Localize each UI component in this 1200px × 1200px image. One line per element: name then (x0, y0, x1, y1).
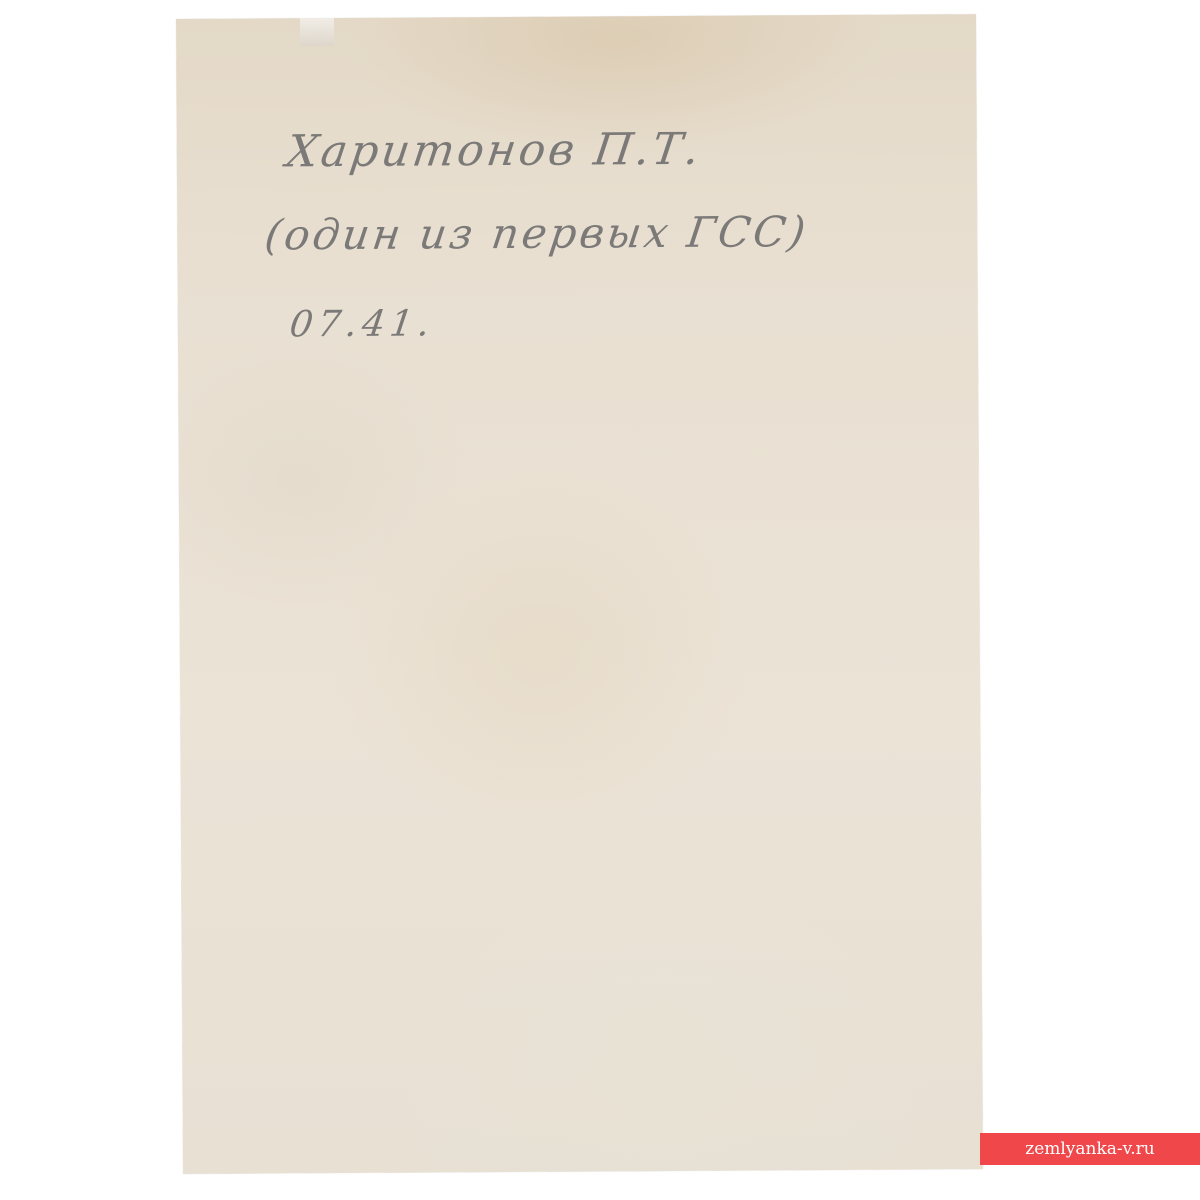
paper-scuff-mark (300, 18, 334, 46)
photo-back-paper: Харитонов П.Т. (один из первых ГСС) 07.4… (176, 14, 983, 1174)
handwritten-name: Харитонов П.Т. (283, 124, 705, 178)
handwritten-date: 07.41. (287, 303, 437, 345)
handwritten-note: (один из первых ГСС) (262, 207, 811, 259)
site-watermark-badge: zemlyanka-v.ru (980, 1133, 1200, 1165)
